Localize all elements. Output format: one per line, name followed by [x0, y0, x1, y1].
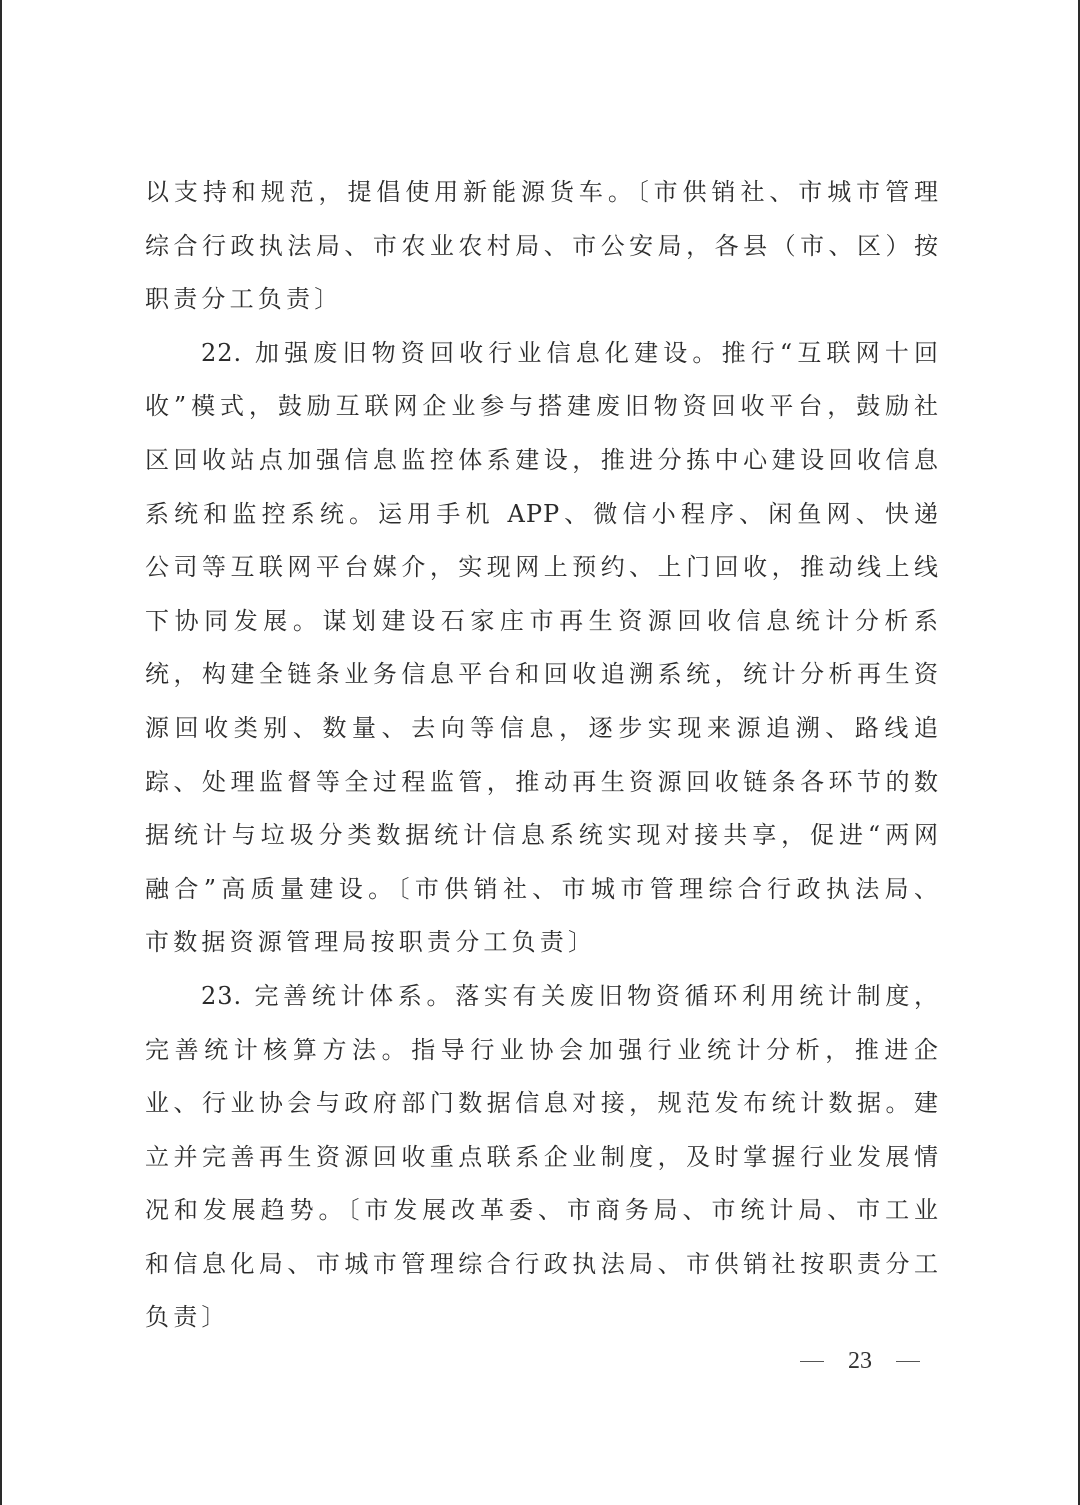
text-line: 踪、处理监督等全过程监管，推动再生资源回收链条各环节的数: [145, 760, 939, 814]
text-line: 源回收类别、数量、去向等信息，逐步实现来源追溯、路线追: [145, 706, 939, 760]
text-line: 下协同发展。谋划建设石家庄市再生资源回收信息统计分析系: [145, 599, 939, 653]
text-line: 统，构建全链条业务信息平台和回收追溯系统，统计分析再生资: [145, 652, 939, 706]
text-line: 况和发展趋势。〔市发展改革委、市商务局、市统计局、市工业: [145, 1188, 939, 1242]
page-number: 23: [800, 1348, 920, 1375]
page-number-dash-left: [800, 1361, 824, 1363]
text-line: 据统计与垃圾分类数据统计信息系统实现对接共享，促进“两网: [145, 813, 939, 867]
text-line: 收”模式，鼓励互联网企业参与搭建废旧物资回收平台，鼓励社: [145, 384, 939, 438]
text-line: 市数据资源管理局按职责分工负责〕: [145, 920, 939, 974]
text-line: 负责〕: [145, 1295, 939, 1349]
document-body: 以支持和规范，提倡使用新能源货车。〔市供销社、市城市管理 综合行政执法局、市农业…: [145, 170, 939, 1349]
page-number-dash-right: [896, 1361, 920, 1363]
text-line: 以支持和规范，提倡使用新能源货车。〔市供销社、市城市管理: [145, 170, 939, 224]
page-edge-left: [0, 0, 2, 1505]
text-line: 区回收站点加强信息监控体系建设，推进分拣中心建设回收信息: [145, 438, 939, 492]
text-line: 完善统计核算方法。指导行业协会加强行业统计分析，推进企: [145, 1028, 939, 1082]
page-number-value: 23: [848, 1348, 872, 1375]
text-line: 融合”高质量建设。〔市供销社、市城市管理综合行政执法局、: [145, 867, 939, 921]
item-23-heading-line: 23. 完善统计体系。落实有关废旧物资循环利用统计制度，: [145, 974, 939, 1028]
document-page: 以支持和规范，提倡使用新能源货车。〔市供销社、市城市管理 综合行政执法局、市农业…: [0, 0, 1080, 1505]
text-line: 业、行业协会与政府部门数据信息对接，规范发布统计数据。建: [145, 1081, 939, 1135]
text-line: 系统和监控系统。运用手机 APP、微信小程序、闲鱼网、快递: [145, 492, 939, 546]
text-line: 职责分工负责〕: [145, 277, 939, 331]
text-line: 和信息化局、市城市管理综合行政执法局、市供销社按职责分工: [145, 1242, 939, 1296]
text-line: 立并完善再生资源回收重点联系企业制度，及时掌握行业发展情: [145, 1135, 939, 1189]
text-line: 综合行政执法局、市农业农村局、市公安局，各县（市、区）按: [145, 224, 939, 278]
text-line: 公司等互联网平台媒介，实现网上预约、上门回收，推动线上线: [145, 545, 939, 599]
item-22-heading-line: 22. 加强废旧物资回收行业信息化建设。推行“互联网十回: [145, 331, 939, 385]
